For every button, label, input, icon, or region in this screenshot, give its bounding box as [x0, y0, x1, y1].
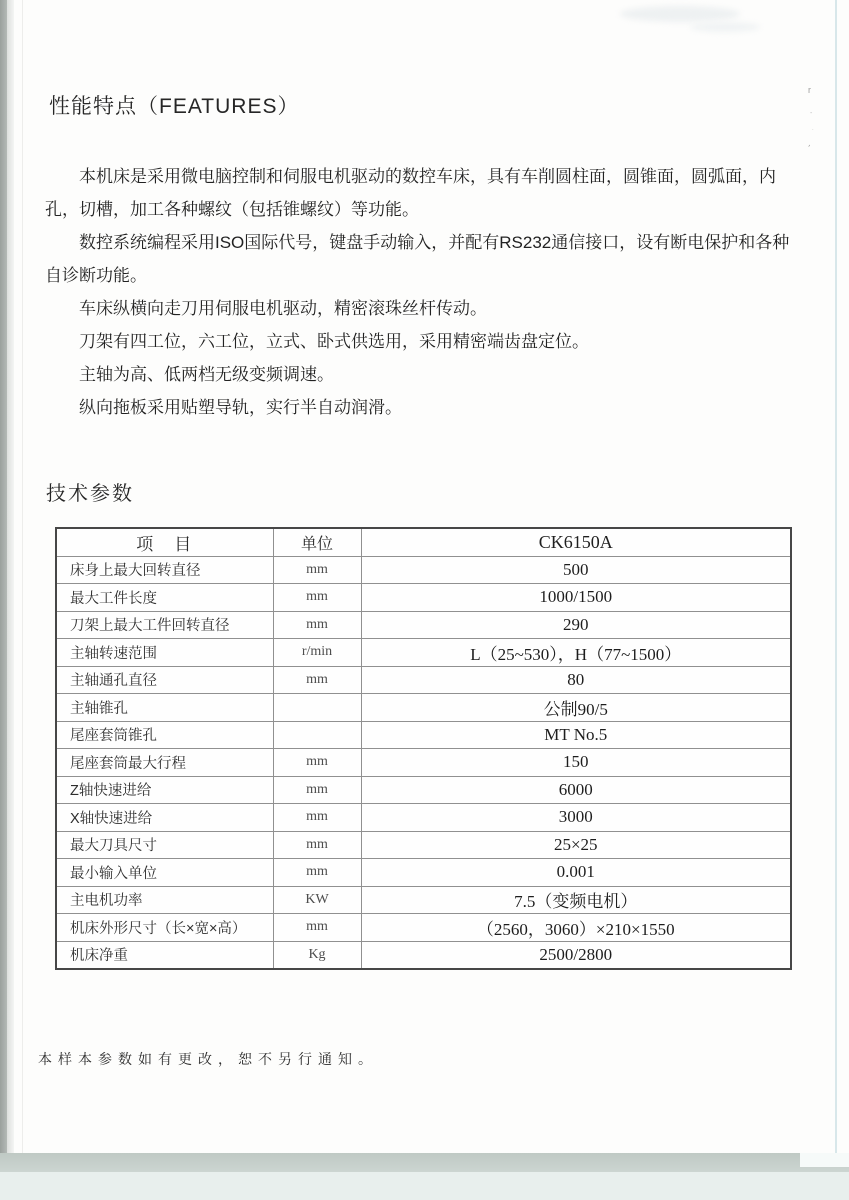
spec-item-cell: 机床外形尺寸（长×宽×高）	[56, 914, 273, 942]
scan-smudge	[620, 6, 740, 22]
feature-paragraph: 数控系统编程采用ISO国际代号，键盘手动输入，并配有RS232通信接口，设有断电…	[45, 226, 793, 292]
header-model: CK6150A	[361, 528, 791, 556]
spec-item-cell: 刀架上最大工件回转直径	[56, 611, 273, 639]
footer-note: 本样本参数如有更改，恕不另行通知。	[38, 1049, 378, 1069]
scan-edge-left-light	[7, 0, 14, 1170]
table-row: 刀架上最大工件回转直径 mm 290	[56, 611, 791, 639]
table-row: 机床外形尺寸（长×宽×高） mm （2560，3060）×210×1550	[56, 914, 791, 942]
spec-unit-cell: KW	[273, 886, 361, 914]
scan-corner-bottom-right	[800, 1153, 849, 1167]
spec-unit-cell: mm	[273, 804, 361, 832]
table-row: 最大刀具尺寸 mm 25×25	[56, 831, 791, 859]
scan-smudge	[690, 22, 760, 32]
spec-value-cell: 1000/1500	[361, 584, 791, 612]
spec-item-cell: X轴快速进给	[56, 804, 273, 832]
features-paragraphs: 本机床是采用微电脑控制和伺服电机驱动的数控车床，具有车削圆柱面，圆锥面，圆弧面，…	[45, 160, 793, 424]
spec-unit-cell	[273, 721, 361, 749]
spec-unit-cell: mm	[273, 776, 361, 804]
spec-unit-cell: mm	[273, 584, 361, 612]
table-row: 主电机功率 KW 7.5（变频电机）	[56, 886, 791, 914]
spec-value-cell: 25×25	[361, 831, 791, 859]
spec-item-cell: 主轴锥孔	[56, 694, 273, 722]
table-row: X轴快速进给 mm 3000	[56, 804, 791, 832]
spec-value-cell: 0.001	[361, 859, 791, 887]
spec-item-cell: 最小输入单位	[56, 859, 273, 887]
scan-edge-right	[835, 0, 837, 1155]
spec-item-cell: 床身上最大回转直径	[56, 556, 273, 584]
feature-paragraph: 车床纵横向走刀用伺服电机驱动，精密滚珠丝杆传动。	[45, 292, 793, 325]
table-row: 床身上最大回转直径 mm 500	[56, 556, 791, 584]
spec-item-cell: 最大刀具尺寸	[56, 831, 273, 859]
scan-speck: r	[808, 86, 811, 95]
spec-item-cell: 尾座套筒锥孔	[56, 721, 273, 749]
scan-edge-left	[0, 0, 7, 1170]
spec-value-cell: 7.5（变频电机）	[361, 886, 791, 914]
table-row: 最小输入单位 mm 0.001	[56, 859, 791, 887]
scan-band-bottom	[0, 1153, 849, 1172]
spec-unit-cell: mm	[273, 914, 361, 942]
features-heading: 性能特点（FEATURES）	[49, 90, 299, 120]
feature-paragraph: 本机床是采用微电脑控制和伺服电机驱动的数控车床，具有车削圆柱面，圆锥面，圆弧面，…	[45, 160, 793, 226]
spec-item-cell: 主轴通孔直径	[56, 666, 273, 694]
table-header-row: 项 目 单位 CK6150A	[56, 528, 791, 556]
spec-value-cell: 150	[361, 749, 791, 777]
spec-value-cell: （2560，3060）×210×1550	[361, 914, 791, 942]
table-row: 尾座套筒锥孔 MT No.5	[56, 721, 791, 749]
spec-value-cell: 公制90/5	[361, 694, 791, 722]
spec-unit-cell: mm	[273, 831, 361, 859]
spec-value-cell: 6000	[361, 776, 791, 804]
spec-table: 项 目 单位 CK6150A 床身上最大回转直径 mm 500 最大工件长度 m…	[55, 527, 792, 970]
spec-unit-cell: mm	[273, 556, 361, 584]
header-unit: 单位	[273, 528, 361, 556]
spec-unit-cell: mm	[273, 859, 361, 887]
table-row: 主轴转速范围 r/min L（25~530），H（77~1500）	[56, 639, 791, 667]
spec-item-cell: 机床净重	[56, 941, 273, 969]
header-item: 项 目	[56, 528, 273, 556]
table-row: 机床净重 Kg 2500/2800	[56, 941, 791, 969]
table-row: 尾座套筒最大行程 mm 150	[56, 749, 791, 777]
specs-heading: 技术参数	[46, 477, 134, 506]
table-row: Z轴快速进给 mm 6000	[56, 776, 791, 804]
spec-value-cell: 290	[361, 611, 791, 639]
spec-unit-cell	[273, 694, 361, 722]
scan-band-bottom-light	[0, 1172, 849, 1200]
spec-value-cell: 3000	[361, 804, 791, 832]
spec-unit-cell: mm	[273, 611, 361, 639]
spec-value-cell: L（25~530），H（77~1500）	[361, 639, 791, 667]
feature-paragraph: 主轴为高、低两档无级变频调速。	[45, 358, 793, 391]
spec-value-cell: 2500/2800	[361, 941, 791, 969]
spec-unit-cell: mm	[273, 749, 361, 777]
spec-item-cell: 主轴转速范围	[56, 639, 273, 667]
scan-speck: .	[812, 126, 814, 132]
table-row: 主轴通孔直径 mm 80	[56, 666, 791, 694]
spec-unit-cell: mm	[273, 666, 361, 694]
feature-paragraph: 纵向拖板采用贴塑导轨，实行半自动润滑。	[45, 391, 793, 424]
table-row: 主轴锥孔 公制90/5	[56, 694, 791, 722]
spec-item-cell: 主电机功率	[56, 886, 273, 914]
page-fold-line	[22, 0, 23, 1155]
table-row: 最大工件长度 mm 1000/1500	[56, 584, 791, 612]
spec-value-cell: MT No.5	[361, 721, 791, 749]
scan-speck: ,	[807, 139, 813, 148]
spec-value-cell: 80	[361, 666, 791, 694]
spec-unit-cell: r/min	[273, 639, 361, 667]
spec-item-cell: 最大工件长度	[56, 584, 273, 612]
spec-value-cell: 500	[361, 556, 791, 584]
feature-paragraph: 刀架有四工位，六工位，立式、卧式供选用，采用精密端齿盘定位。	[45, 325, 793, 358]
spec-unit-cell: Kg	[273, 941, 361, 969]
spec-item-cell: 尾座套筒最大行程	[56, 749, 273, 777]
scan-speck: -	[810, 110, 812, 117]
scanned-spec-page: r - . , 性能特点（FEATURES） 本机床是采用微电脑控制和伺服电机驱…	[0, 0, 849, 1200]
spec-item-cell: Z轴快速进给	[56, 776, 273, 804]
